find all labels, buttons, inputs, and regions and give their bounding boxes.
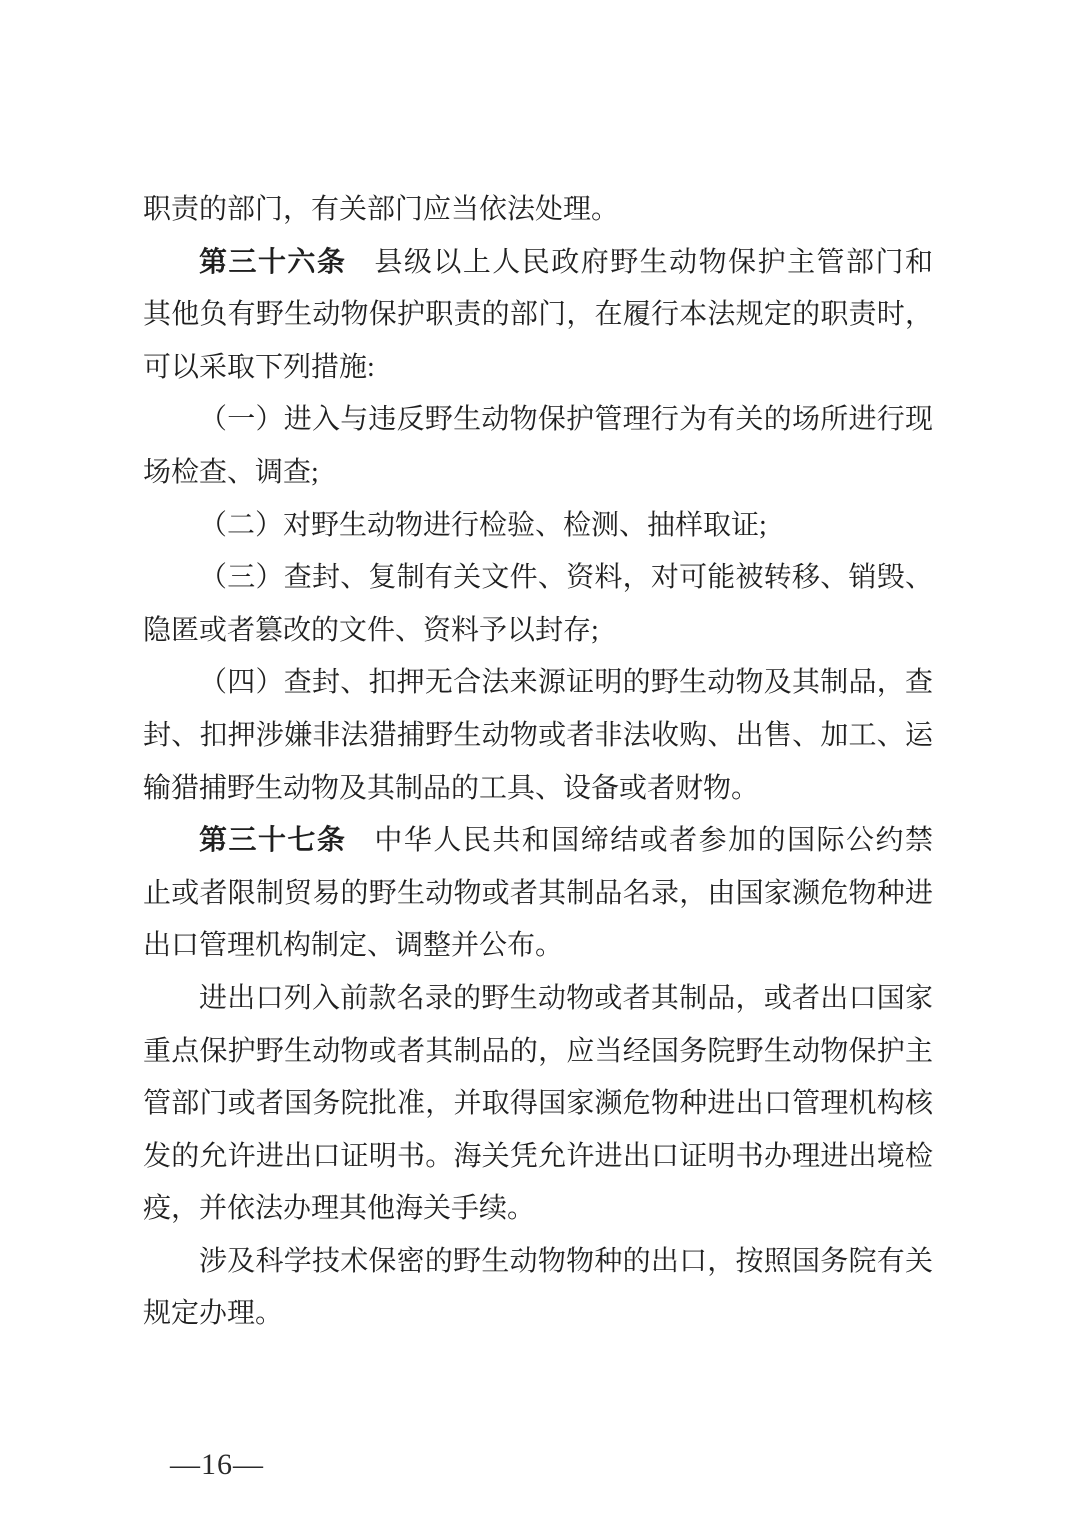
- document-page: 职责的部门，有关部门应当依法处理。第三十六条县级以上人民政府野生动物保护主管部门…: [0, 0, 1074, 1520]
- text-line: 输猎捕野生动物及其制品的工具、设备或者财物。: [143, 763, 933, 816]
- line-text: 县级以上人民政府野生动物保护主管部门和: [374, 247, 933, 278]
- text-line: 职责的部门，有关部门应当依法处理。: [143, 184, 933, 237]
- line-text: 规定办理。: [143, 1298, 283, 1329]
- line-text: 管部门或者国务院批准，并取得国家濒危物种进出口管理机构核: [143, 1088, 933, 1119]
- line-text: 出口管理机构制定、调整并公布。: [143, 930, 563, 961]
- text-line: 疫，并依法办理其他海关手续。: [143, 1183, 933, 1236]
- page-number: —16—: [170, 1448, 264, 1482]
- text-line: 其他负有野生动物保护职责的部门，在履行本法规定的职责时，: [143, 289, 933, 342]
- text-line: （二）对野生动物进行检验、检测、抽样取证;: [143, 500, 933, 553]
- text-line: 隐匿或者篡改的文件、资料予以封存;: [143, 605, 933, 658]
- text-line: （四）查封、扣押无合法来源证明的野生动物及其制品，查: [143, 657, 933, 710]
- line-text: （四）查封、扣押无合法来源证明的野生动物及其制品，查: [199, 667, 933, 698]
- line-text: （二）对野生动物进行检验、检测、抽样取证;: [199, 510, 767, 541]
- line-text: 止或者限制贸易的野生动物或者其制品名录，由国家濒危物种进: [143, 878, 933, 909]
- line-text: 场检查、调查;: [143, 457, 319, 488]
- article-number: 第三十六条: [199, 247, 346, 278]
- text-line: 出口管理机构制定、调整并公布。: [143, 920, 933, 973]
- line-text: 可以采取下列措施:: [143, 352, 375, 383]
- line-text: 重点保护野生动物或者其制品的，应当经国务院野生动物保护主: [143, 1036, 933, 1067]
- document-body: 职责的部门，有关部门应当依法处理。第三十六条县级以上人民政府野生动物保护主管部门…: [143, 184, 933, 1341]
- line-text: 输猎捕野生动物及其制品的工具、设备或者财物。: [143, 773, 759, 804]
- line-text: 疫，并依法办理其他海关手续。: [143, 1193, 535, 1224]
- line-text: 隐匿或者篡改的文件、资料予以封存;: [143, 615, 599, 646]
- text-line: 止或者限制贸易的野生动物或者其制品名录，由国家濒危物种进: [143, 868, 933, 921]
- line-text: （一）进入与违反野生动物保护管理行为有关的场所进行现: [199, 404, 933, 435]
- text-line: 场检查、调查;: [143, 447, 933, 500]
- line-text: 封、扣押涉嫌非法猎捕野生动物或者非法收购、出售、加工、运: [143, 720, 933, 751]
- text-line: 进出口列入前款名录的野生动物或者其制品，或者出口国家: [143, 973, 933, 1026]
- line-text: 涉及科学技术保密的野生动物物种的出口，按照国务院有关: [199, 1246, 933, 1277]
- text-line: 发的允许进出口证明书。海关凭允许进出口证明书办理进出境检: [143, 1131, 933, 1184]
- article-number: 第三十七条: [199, 825, 346, 856]
- line-text: （三）查封、复制有关文件、资料，对可能被转移、销毁、: [199, 562, 933, 593]
- line-text: 进出口列入前款名录的野生动物或者其制品，或者出口国家: [199, 983, 933, 1014]
- text-line: 管部门或者国务院批准，并取得国家濒危物种进出口管理机构核: [143, 1078, 933, 1131]
- line-text: 中华人民共和国缔结或者参加的国际公约禁: [374, 825, 933, 856]
- text-line: 第三十六条县级以上人民政府野生动物保护主管部门和: [143, 237, 933, 290]
- text-line: （一）进入与违反野生动物保护管理行为有关的场所进行现: [143, 394, 933, 447]
- line-text: 职责的部门，有关部门应当依法处理。: [143, 194, 619, 225]
- line-text: 发的允许进出口证明书。海关凭允许进出口证明书办理进出境检: [143, 1141, 933, 1172]
- text-line: 封、扣押涉嫌非法猎捕野生动物或者非法收购、出售、加工、运: [143, 710, 933, 763]
- text-line: 重点保护野生动物或者其制品的，应当经国务院野生动物保护主: [143, 1026, 933, 1079]
- text-line: 涉及科学技术保密的野生动物物种的出口，按照国务院有关: [143, 1236, 933, 1289]
- text-line: 规定办理。: [143, 1288, 933, 1341]
- line-text: 其他负有野生动物保护职责的部门，在履行本法规定的职责时，: [143, 299, 933, 330]
- text-line: 第三十七条中华人民共和国缔结或者参加的国际公约禁: [143, 815, 933, 868]
- text-line: （三）查封、复制有关文件、资料，对可能被转移、销毁、: [143, 552, 933, 605]
- text-line: 可以采取下列措施:: [143, 342, 933, 395]
